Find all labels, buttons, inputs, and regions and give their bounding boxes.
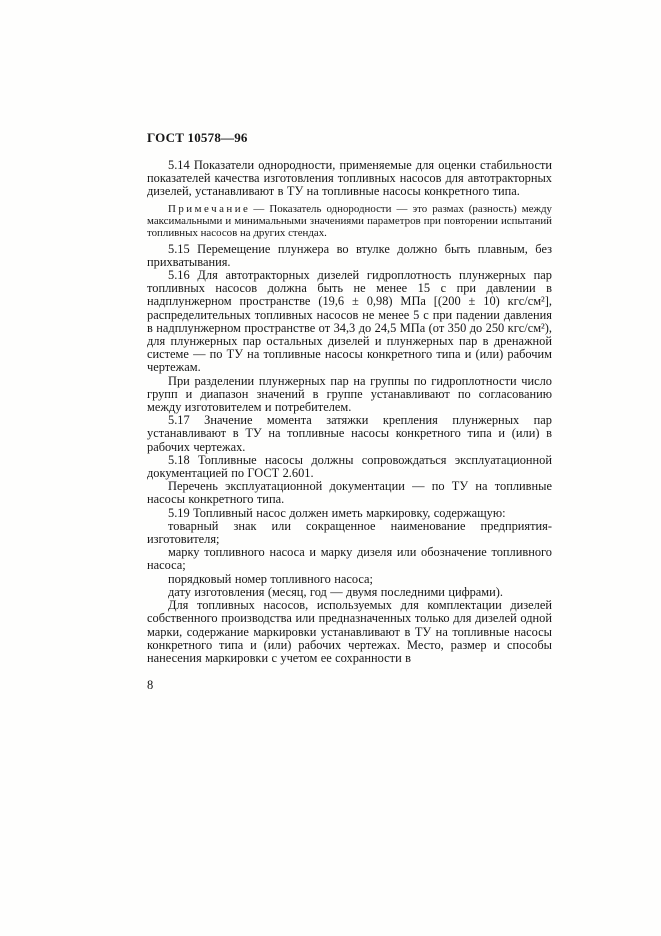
paragraph-5-19: 5.19 Топливный насос должен иметь маркир…	[147, 507, 552, 520]
paragraph-5-19-marking-details: Для топливных насосов, используемых для …	[147, 599, 552, 665]
paragraph-5-16-groups: При разделении плунжерных пар на группы …	[147, 375, 552, 415]
paragraph-5-18-doc-list: Перечень эксплуатационной документации —…	[147, 480, 552, 506]
document-page: ГОСТ 10578—96 5.14 Показатели однороднос…	[0, 0, 661, 936]
marking-list-item-3: порядковый номер топливного насоса;	[147, 573, 552, 586]
document-code: ГОСТ 10578—96	[147, 130, 552, 146]
page-number: 8	[147, 678, 153, 693]
note-paragraph: Примечание— Показатель однородности — эт…	[147, 203, 552, 239]
paragraph-5-16: 5.16 Для автотракторных дизелей гидропло…	[147, 269, 552, 375]
note-label: Примечание	[168, 203, 250, 215]
marking-list-item-1: товарный знак или сокращенное наименован…	[147, 520, 552, 546]
marking-list-item-2: марку топливного насоса и марку дизеля и…	[147, 546, 552, 572]
paragraph-5-14: 5.14 Показатели однородности, применяемы…	[147, 159, 552, 199]
text-block: ГОСТ 10578—96 5.14 Показатели однороднос…	[147, 130, 552, 665]
paragraph-5-18: 5.18 Топливные насосы должны сопровождат…	[147, 454, 552, 480]
paragraph-5-15: 5.15 Перемещение плунжера во втулке долж…	[147, 243, 552, 269]
paragraph-5-17: 5.17 Значение момента затяжки крепления …	[147, 414, 552, 454]
